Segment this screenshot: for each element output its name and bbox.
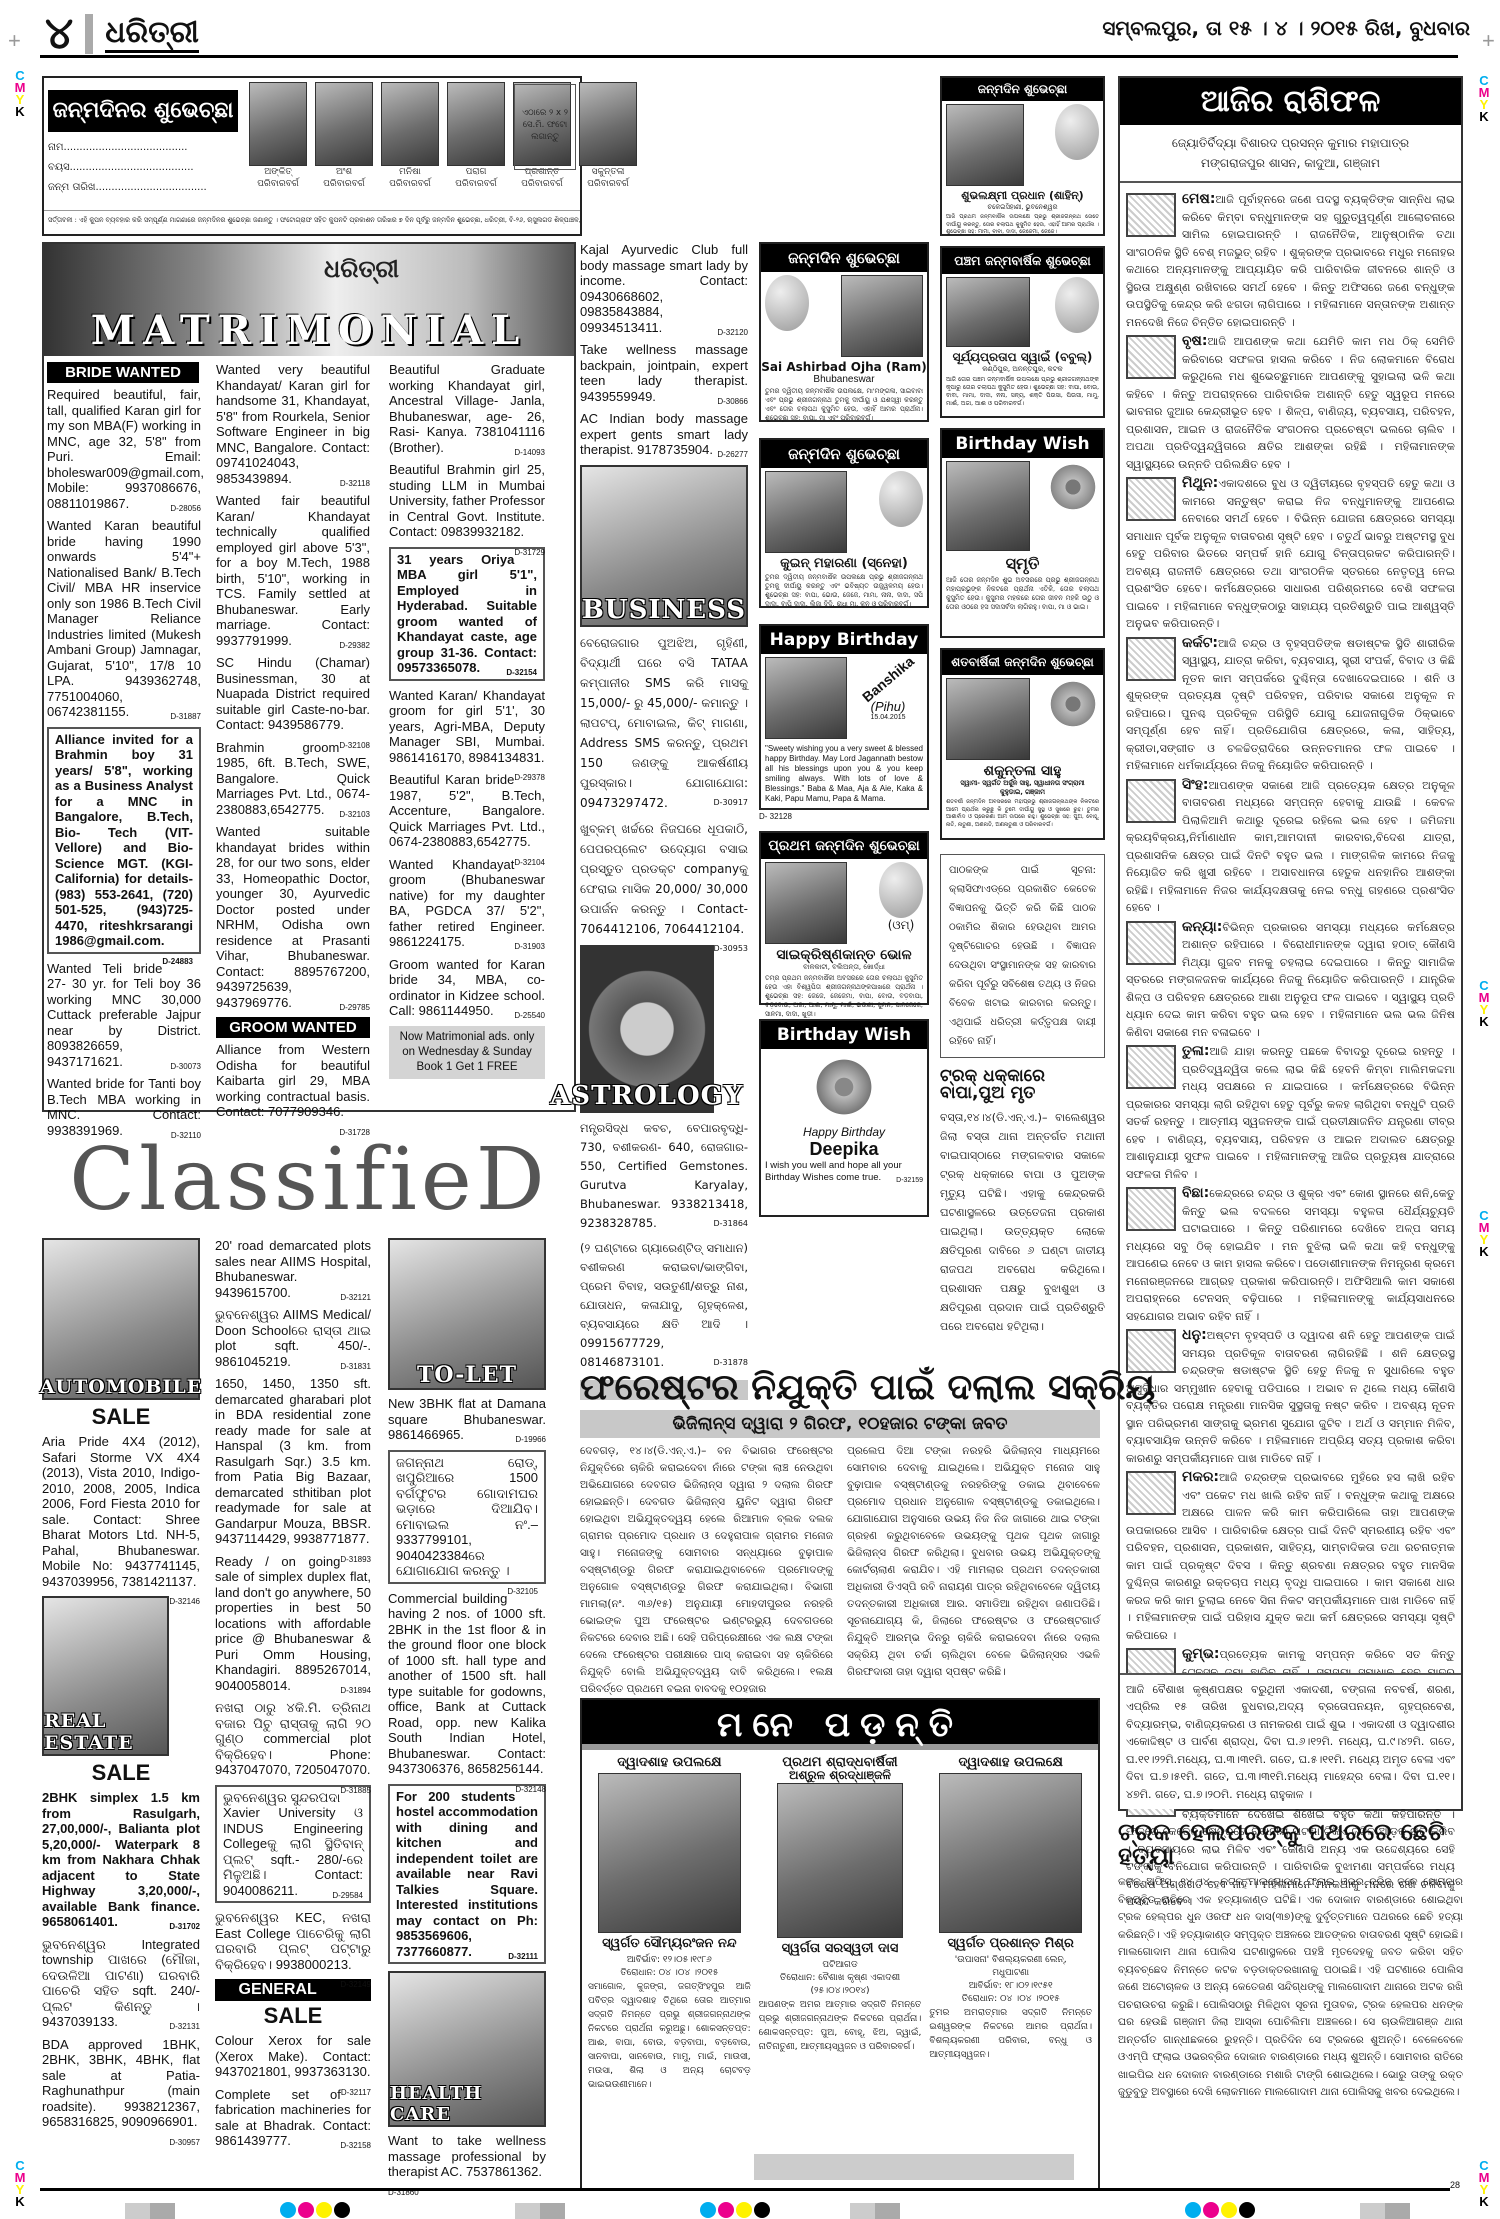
masthead: ୪ ଧରିତ୍ରୀ bbox=[45, 8, 199, 59]
cancer-icon bbox=[1126, 637, 1176, 681]
photo-strip: ଅଙ୍କିତ୍ପରିବାରବର୍ଗ ଅଂଶପରିବାରବର୍ଗ ମନିଷାପରି… bbox=[249, 82, 637, 190]
panjika: ଆଜି ବୈଶାଖ କୃଷ୍ଣପକ୍ଷର ବରୁଥିନୀ ଏକାଦଶୀ, ବଙ୍… bbox=[1120, 1673, 1461, 1810]
portrait-image bbox=[765, 471, 847, 553]
news-article: ଟ୍ରକ ହେଲପରଙ୍କୁ ପଥରରେ ଛେଚି ହତ୍ୟା କଟକ ଅଫିସ… bbox=[1118, 1820, 1463, 2102]
rashi-entry: କର୍କଟ:ଆଜି ଚନ୍ଦ୍ର ଓ ବୃହସ୍ପତିଙ୍କ ଷଡାଷ୍ଟକ ସ… bbox=[1126, 635, 1455, 775]
cmyk-marker: CMYK bbox=[1478, 75, 1490, 123]
flower-bouquet-icon bbox=[812, 1055, 876, 1119]
matrimonial-section: ଧରିତ୍ରୀ MATRIMONIAL BRIDE WANTED Require… bbox=[42, 242, 576, 1112]
banner-logo: ଧରିତ୍ରୀ bbox=[324, 254, 399, 283]
classified-ad: For 200 students hostel accommodation wi… bbox=[388, 1784, 546, 1965]
portrait-image bbox=[777, 1783, 904, 1938]
cmyk-dots bbox=[700, 2202, 770, 2218]
horoscope-title: ଆଜିର ରାଶିଫଳ bbox=[1120, 78, 1461, 125]
color-swatch bbox=[850, 2203, 900, 2219]
news-body: ଦେବଗଡ଼, ୧୪।୪(ଡି.ଏନ୍.ଏ.)– ବନ ବିଭାଗର ଫରେଷ୍… bbox=[580, 1443, 833, 1698]
rashi-entry: ମକର:ଆଜି ଚନ୍ଦ୍ରଙ୍କ ପ୍ରଭାବରେ ମୁହଁରେ ହସ ଲାଖ… bbox=[1126, 1469, 1455, 1644]
color-swatch bbox=[1360, 2203, 1410, 2219]
classified-ad: Kajal Ayurvedic Club full body massage s… bbox=[580, 242, 748, 335]
wishes-column-b: ଜନ୍ମଦିନ ଶୁଭେଚ୍ଛା ଶୁଭଲକ୍ଷ୍ମୀ ପ୍ରଧାନ (ଶାହି… bbox=[940, 76, 1105, 1336]
coupon-photo: ଅଂଶପରିବାରବର୍ଗ bbox=[315, 82, 373, 190]
classified-ad: ବେରୋଜଗାର ପୁଅଝିଅ, ଗୃହିଣୀ, ବିଦ୍ୟାର୍ଥୀ ଘରେ … bbox=[580, 633, 748, 813]
horoscope-author: ଜ୍ୟୋତିର୍ବିଦ୍ୟା ବିଶାରଦ ପ୍ରସନ୍ନ କୁମାର ମହାପ… bbox=[1120, 125, 1461, 183]
classified-ad: Required beautiful, fair, tall, qualifie… bbox=[47, 387, 201, 511]
photo-placeholder[interactable]: ଏଠାରେ ୨ x ୨ ସେ.ମି. ଫଟୋ ଲଗାନ୍ତୁ bbox=[514, 84, 576, 170]
classified-ad: Beautiful Brahmin girl 25, studing LLM i… bbox=[389, 462, 545, 540]
classified-ad: Alliance from Western Odisha for beautif… bbox=[216, 1042, 370, 1120]
real-estate-sale-heading: SALE bbox=[42, 1760, 200, 1786]
classified-col-1: AUTOMOBILE SALE Aria Pride 4X4 (2012), S… bbox=[42, 1238, 200, 2150]
obituary-section: ମନେ ପଡ଼ନ୍ତି ଦ୍ୱାଦଶାହ ଉପଲକ୍ଷେ ସ୍ୱର୍ଗତ ସୌମ… bbox=[580, 1698, 1100, 2190]
coupon-photo: ପରାଗପରିବାରବର୍ଗ bbox=[447, 82, 505, 190]
classified-ad: Ready / on going sale of simplex duplex … bbox=[215, 1554, 371, 1694]
classified-ad: Commercial building having 2 nos. of 100… bbox=[388, 1591, 546, 1777]
portrait-image bbox=[939, 1773, 1082, 1933]
coupon-photo: ମନିଷାପରିବାରବର୍ଗ bbox=[381, 82, 439, 190]
portrait-image bbox=[946, 104, 1024, 186]
portrait-image bbox=[315, 82, 373, 166]
classified-ad: Alliance invited for a Brahmin boy 31 ye… bbox=[47, 727, 201, 954]
classified-col-2: 20' road demarcated plots sales near AII… bbox=[215, 1238, 371, 2156]
classified-ad: Groom wanted for Karan bride 34, MBA, co… bbox=[389, 957, 545, 1019]
cmyk-marker: CMYK bbox=[1478, 980, 1490, 1028]
portrait-image bbox=[381, 82, 439, 166]
coupon-terms: ସର୍ତ୍ତାବଳୀ : ଏହି କୁପନ ବ୍ୟବହାର କରି ସମ୍ପୂର… bbox=[44, 210, 580, 230]
coupon-title: ଜନ୍ମଦିନର ଶୁଭେଚ୍ଛା bbox=[48, 90, 238, 132]
classified-ad: ଖୁବ୍‌କମ୍ ଖର୍ଚ୍ଚରେ ନିଜଘରେ ଧୂପକାଠି, ପେପରପ୍… bbox=[580, 819, 748, 939]
registration-mark: + bbox=[1482, 30, 1495, 52]
classified-col-3: TO-LET New 3BHK flat at Damana square Bh… bbox=[388, 1238, 546, 2207]
birthday-wish-card: ଜନ୍ମଦିନ ଶୁଭେଚ୍ଛା କୁଇନ୍ ମହାରଣା (ସ୍ନେହା) ତ… bbox=[759, 438, 929, 608]
obituary-entry: ପ୍ରଥମ ଶ୍ରାଦ୍ଧବାର୍ଷିକୀ ଅଶ୍ରୁଳ ଶ୍ରଦ୍ଧାଞ୍ଜଳ… bbox=[759, 1756, 922, 2092]
cmyk-marker: CMYK bbox=[14, 70, 26, 118]
rashi-entry: ମେଷ:ଆଜି ପୂର୍ବାହ୍ନରେ ଜଣେ ପଦସ୍ଥ ବ୍ୟକ୍ତିଙ୍କ… bbox=[1126, 191, 1455, 331]
classified-ad: Wanted Khandayat groom (Bhubaneswar nati… bbox=[389, 857, 545, 950]
leo-icon bbox=[1126, 779, 1176, 823]
birthday-wish-card: ପଞ୍ଚମ ଜନ୍ମବାର୍ଷିକ ଶୁଭେଚ୍ଛା ସୂର୍ଯ୍ୟପ୍ରତାପ… bbox=[940, 246, 1105, 418]
news-body: ପ୍ରଲେପ ଦିଆ ଟଙ୍କା ନରହରି ଭିଜିଲାନ୍ସ ମାଧ୍ୟମର… bbox=[847, 1443, 1100, 1698]
classified-banner: ClassifieD bbox=[42, 1125, 576, 1235]
classified-ad: Take wellness massage backpain, jointpai… bbox=[580, 342, 748, 404]
classified-ad: ଭୁବନେଶ୍ୱର KEC, ନଖରା East College ପାଚେରିକ… bbox=[215, 1910, 371, 1972]
classified-ad: SC Hindu (Chamar) Businessman, 30 at Nua… bbox=[216, 655, 370, 733]
classified-ad: Beautiful Graduate working Khandayat gir… bbox=[389, 362, 545, 455]
balloon-icon bbox=[879, 471, 923, 527]
flower-bouquet-icon bbox=[1047, 678, 1099, 730]
name-field[interactable]: ନାମ.....................................… bbox=[48, 138, 243, 158]
rashi-entry: ମିଥୁନ:ଏକାଦଶରେ ବୁଧ ଓ ଦ୍ୱିତୀୟରେ ବୃହସ୍ପତି ହ… bbox=[1126, 475, 1455, 633]
news-headline: ଟ୍ରକ୍ ଧକ୍କାରେ ବାପା,ପୁଅ ମୃତ bbox=[940, 1068, 1105, 1102]
matrimonial-col-2: Wanted very beautiful Khandayat/ Karan g… bbox=[216, 362, 370, 1140]
page-number: ୪ bbox=[45, 8, 73, 59]
color-swatch bbox=[125, 2203, 175, 2219]
rashi-entry: ବୃଷ:ଆଜି ଆପଣଙ୍କ କଥା ଯେମିତି କାମ ମଧ ଠିକ୍ ସେ… bbox=[1126, 333, 1455, 473]
obituary-entry: ଦ୍ୱାଦଶାହ ଉପଲକ୍ଷେ ସ୍ୱର୍ଗତ ପ୍ରଶାନ୍ତ ମିଶ୍ର … bbox=[929, 1756, 1092, 2092]
real-estate-image: REAL ESTATE bbox=[42, 1596, 169, 1756]
classified-ad: Wanted suitable khandayat brides within … bbox=[216, 824, 370, 1010]
obituary-banner: ମନେ ପଡ଼ନ୍ତି bbox=[582, 1700, 1098, 1750]
groom-wanted-heading: GROOM WANTED bbox=[216, 1017, 370, 1038]
portrait-image bbox=[841, 275, 923, 357]
flower-bouquet-icon bbox=[1047, 461, 1099, 513]
cmyk-dots bbox=[280, 2202, 350, 2218]
classified-ad: ଭୁବନେଶ୍ୱର Integrated township ପାଖରେ (ମୌଜ… bbox=[42, 1937, 200, 2030]
general-sale-heading: SALE bbox=[215, 2003, 371, 2029]
virgo-icon bbox=[1126, 921, 1176, 965]
astrology-image: ASTROLOGY bbox=[580, 945, 714, 1113]
cmyk-marker: CMYK bbox=[14, 2160, 26, 2208]
classified-ad: AC Indian body massage expert gents smar… bbox=[580, 411, 748, 458]
misc-ads-column: Kajal Ayurvedic Club full body massage s… bbox=[580, 242, 748, 1400]
classified-ad: Wanted very beautiful Khandayat/ Karan g… bbox=[216, 362, 370, 486]
libra-icon bbox=[1126, 1045, 1176, 1089]
classified-ad: ଭୁବନେଶ୍ୱର AIIMS Medical/ Doon Schoolରେ ର… bbox=[215, 1307, 371, 1369]
bride-wanted-heading: BRIDE WANTED bbox=[47, 362, 199, 383]
classified-ad: 20' road demarcated plots sales near AII… bbox=[215, 1238, 371, 1300]
banner-title: MATRIMONIAL bbox=[44, 307, 574, 354]
registration-mark: + bbox=[8, 30, 21, 52]
header-rule bbox=[40, 55, 1458, 58]
coupon-photo: ଅଙ୍କିତ୍ପରିବାରବର୍ଗ bbox=[249, 82, 307, 190]
automobile-image: AUTOMOBILE bbox=[42, 1238, 200, 1400]
birthday-wish-card: Birthday Wish ସ୍ମୃତି ଆଜି ତୋର ଜନ୍ମଦିନ ଶୁଭ… bbox=[940, 428, 1105, 638]
news-headline: ଫରେଷ୍ଟର ନିଯୁକ୍ତି ପାଇଁ ଦଲାଲ ସକ୍ରିୟ bbox=[580, 1370, 1100, 1406]
rashi-entry: ସିଂହ:ଆପଣଙ୍କ ସକାଶେ ଆଜି ପ୍ରତ୍ୟେକ କ୍ଷେତ୍ର ଅ… bbox=[1126, 777, 1455, 917]
scorpio-icon bbox=[1126, 1187, 1176, 1231]
classified-ad: (୨ ଘଣ୍ଟାରେ ଗ୍ୟାରେଣ୍ଟିଡ୍ ସମାଧାନ) ବଶୀକରଣ କ… bbox=[580, 1239, 748, 1372]
rashi-entry: କନ୍ୟା:ବିଭିନ୍ନ ପ୍ରକାରର ସମସ୍ୟା ମଧ୍ୟରେ କର୍ମ… bbox=[1126, 919, 1455, 1042]
rashi-entry: ବିଛା:କେନ୍ଦ୍ରରେ ଚନ୍ଦ୍ର ଓ ଶୁକ୍ର ଏବଂ କୋଣ ସ୍… bbox=[1126, 1185, 1455, 1325]
birthday-wish-card: Happy Birthday Banshika(Pihu)15.04.2015 … bbox=[759, 624, 929, 810]
birthday-wish-card: ଜନ୍ମଦିନ ଶୁଭେଚ୍ଛା ଶୁଭଲକ୍ଷ୍ମୀ ପ୍ରଧାନ (ଶାହି… bbox=[940, 76, 1105, 236]
aries-icon bbox=[1126, 193, 1176, 237]
cmyk-marker: CMYK bbox=[1478, 1210, 1490, 1258]
classified-ad: ଭୁବନେଶ୍ୱର ସୁନ୍ଦରପଦା Xavier University ଓ … bbox=[215, 1785, 371, 1904]
portrait-image bbox=[579, 82, 637, 166]
wishes-column-a: ଜନ୍ମଦିନ ଶୁଭେଚ୍ଛା Sai Ashirbad Ojha (Ram)… bbox=[759, 242, 929, 1217]
balloon-icon bbox=[765, 275, 809, 331]
classified-ad: New 3BHK flat at Damana square Bhubanesw… bbox=[388, 1396, 546, 1443]
matrimonial-notice: Now Matrimonial ads. only on Wednesday &… bbox=[389, 1026, 545, 1079]
color-swatch bbox=[515, 2203, 565, 2219]
classified-ad: 2BHK simplex 1.5 km from Rasulgarh, 27,0… bbox=[42, 1790, 200, 1930]
news-subheadline: ଭିଜିଲାନ୍ସ ଦ୍ୱାରା ୨ ଗିରଫ, ୧୦ହଜାର ଟଙ୍କା ଜବ… bbox=[580, 1410, 1100, 1438]
news-body: ବସ୍ତା,୧୪।୪(ଡି.ଏନ୍.ଏ.)– ବାଲେଶ୍ୱର ଜିଲା ବସ୍… bbox=[940, 1108, 1105, 1336]
birthday-wish-card: ଶତବାର୍ଷିକୀ ଜନ୍ମଦିନ ଶୁଭେଚ୍ଛା ଶକୁନ୍ତଳା ସାହ… bbox=[940, 648, 1105, 840]
classified-ad: Wanted Karan/ Khandayat groom for girl 5… bbox=[389, 688, 545, 766]
coupon-photo: ସକୁନ୍ତଳାପରିବାରବର୍ଗ bbox=[579, 82, 637, 190]
coupon-form[interactable]: ନାମ.....................................… bbox=[48, 138, 243, 198]
portrait-image bbox=[946, 461, 1030, 551]
dob-field[interactable]: ଜନ୍ମ ତାରିଖ..............................… bbox=[48, 178, 243, 198]
rashi-entry: ତୁଳା:ଆଜି ଯାହା କରନ୍ତୁ ପଛକେ ବିବାଦରୁ ଦୂରେଇ … bbox=[1126, 1043, 1455, 1183]
classified-ad: Aria Pride 4X4 (2012), Safari Storme VX … bbox=[42, 1434, 200, 1589]
portrait-image bbox=[765, 657, 847, 739]
balloon-icon bbox=[1055, 277, 1099, 333]
automobile-sale-heading: SALE bbox=[42, 1404, 200, 1430]
birthday-wish-card: ପ୍ରଥମ ଜନ୍ମଦିନ ଶୁଭେଚ୍ଛା (ଓମ୍) ସାଇକ୍ରିଷ୍ଣକ… bbox=[759, 831, 929, 1005]
horoscope-section: ଆଜିର ରାଶିଫଳ ଜ୍ୟୋତିର୍ବିଦ୍ୟା ବିଶାରଦ ପ୍ରସନ୍… bbox=[1118, 76, 1463, 1811]
age-field[interactable]: ବୟସ.....................................… bbox=[48, 158, 243, 178]
classified-ad: ମନ୍ତ୍ରସିଦ୍ଧ କବଚ, ବେପାରବୃଦ୍ଧି- 730, ବଶୀକର… bbox=[580, 1119, 748, 1233]
birthday-wish-card: Birthday Wish Happy Birthday Deepika I w… bbox=[759, 1019, 929, 1217]
matrimonial-banner: ଧରିତ୍ରୀ MATRIMONIAL bbox=[44, 244, 574, 356]
cmyk-marker: CMYK bbox=[1478, 2160, 1490, 2208]
taurus-icon bbox=[1126, 335, 1176, 379]
health-care-image: HEALTH CARE bbox=[388, 1971, 546, 2127]
classified-ad: Colour Xerox for sale (Xerox Make). Cont… bbox=[215, 2033, 371, 2080]
divider bbox=[85, 14, 93, 54]
portrait-image bbox=[598, 1773, 741, 1933]
capricorn-icon bbox=[1126, 1471, 1176, 1515]
classified-ad: ଜଗନ୍ନାଥ ରୋଡ୍, ଖପୁରିଆରେ 1500 ବର୍ଗଫୁଟର ଗୋଦ… bbox=[388, 1450, 546, 1584]
news-article: ଫରେଷ୍ଟର ନିଯୁକ୍ତି ପାଇଁ ଦଲାଲ ସକ୍ରିୟ ଭିଜିଲା… bbox=[580, 1370, 1100, 1698]
news-headline: ଟ୍ରକ ହେଲପରଙ୍କୁ ପଥରରେ ଛେଚି ହତ୍ୟା bbox=[1118, 1820, 1463, 1868]
portrait-image bbox=[946, 277, 1030, 347]
classified-ad: 31 years Oriya MBA girl 5'1", Employed i… bbox=[389, 547, 545, 681]
classified-ad: 1650, 1450, 1350 sft. demarcated gharaba… bbox=[215, 1376, 371, 1547]
rashi-entry: ଧନୁ:ଅଷ୍ଟମ ବୃହସ୍ପତି ଓ ଦ୍ୱାଦଶ ଶନି ହେତୁ ଆପଣ… bbox=[1126, 1327, 1455, 1467]
portrait-image bbox=[946, 678, 1030, 760]
classified-ad: Wanted Karan beautiful bride having 1990… bbox=[47, 518, 201, 720]
birthday-wish-card: ଜନ୍ମଦିନ ଶୁଭେଚ୍ଛା Sai Ashirbad Ojha (Ram)… bbox=[759, 242, 929, 422]
classified-ad: Wanted fair beautiful Karan/ Khandayat t… bbox=[216, 493, 370, 648]
to-let-image: TO-LET bbox=[388, 1238, 546, 1390]
classified-ad: BDA approved 1BHK, 2BHK, 3BHK, 4BHK, fla… bbox=[42, 2037, 200, 2130]
matrimonial-col-1: BRIDE WANTED Required beautiful, fair, t… bbox=[47, 362, 201, 1145]
matrimonial-col-3: Beautiful Graduate working Khandayat gir… bbox=[389, 362, 545, 1079]
classified-ad: Wanted Teli bride 27- 30 yr. for Teli bo… bbox=[47, 961, 201, 1070]
birthday-coupon: ଜନ୍ମଦିନର ଶୁଭେଚ୍ଛା ନାମ...................… bbox=[42, 76, 582, 236]
business-image: BUSINESS bbox=[580, 465, 748, 627]
gemini-icon bbox=[1126, 477, 1176, 521]
cmyk-dots bbox=[1185, 2202, 1255, 2218]
grey-filler bbox=[754, 2154, 1074, 2180]
portrait-image bbox=[447, 82, 505, 166]
obituary-entry: ଦ୍ୱାଦଶାହ ଉପଲକ୍ଷେ ସ୍ୱର୍ଗତ ସୌମ୍ୟରଂଜନ ନନ୍ଦ … bbox=[588, 1756, 751, 2092]
footer-rule bbox=[40, 2188, 1450, 2191]
balloon-icon bbox=[1055, 104, 1099, 160]
reader-notice: ପାଠକଙ୍କ ପାଇଁ ସୂଚନା: କ୍ଲାସିଫାଏଡ୍‌ରେ ପ୍ରକା… bbox=[940, 854, 1105, 1058]
dateline: ସମ୍ବଲପୁର, ତା ୧୫ । ୪ । ୨୦୧୫ ରିଖ, ବୁଧବାର bbox=[1102, 16, 1470, 40]
classified-ad: ନଖରା ଠାରୁ ୪କି.ମି. ତ୍ରିନାଥ ବଜାର ପିଚୁ ରାସ୍… bbox=[215, 1700, 371, 1778]
folio: 28 bbox=[1450, 2180, 1460, 2190]
horoscope-list: ମେଷ:ଆଜି ପୂର୍ବାହ୍ନରେ ଜଣେ ପଦସ୍ଥ ବ୍ୟକ୍ତିଙ୍କ… bbox=[1120, 183, 1461, 1911]
portrait-image bbox=[249, 82, 307, 166]
newspaper-logo: ଧରିତ୍ରୀ bbox=[105, 15, 199, 53]
news-body: କଟକ ଅଫିସ, ୧୪ ।୪– କଟକ ମାଲଗୋଦାମ ଫ୍ଲାଇ ଓଭର … bbox=[1118, 1874, 1463, 2102]
balloon-icon bbox=[879, 862, 923, 918]
portrait-image bbox=[765, 862, 847, 944]
